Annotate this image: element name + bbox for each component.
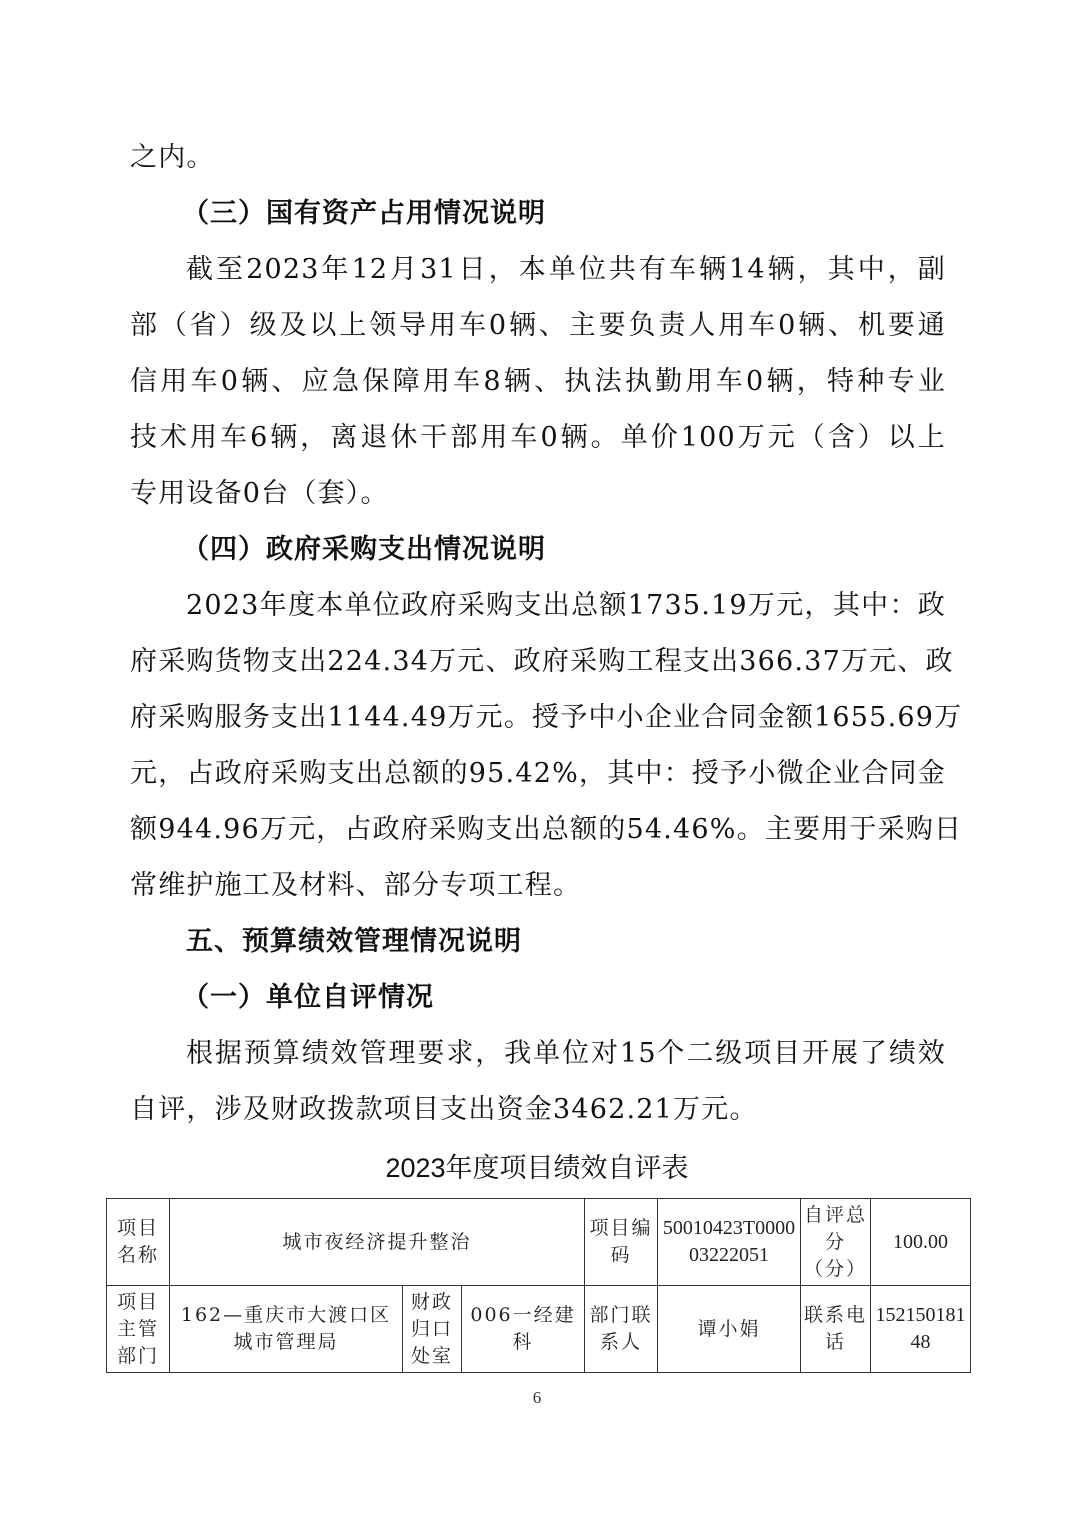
paragraph-line: 元，占政府采购支出总额的95.42%，其中：授予小微企业合同金 [130, 754, 946, 794]
paragraph-line: 府采购服务支出1144.49万元。授予中小企业合同金额1655.69万 [130, 698, 946, 738]
section-heading-procurement: （四）政府采购支出情况说明 [182, 530, 546, 570]
self-score-value: 100.00 [871, 1199, 971, 1286]
page-number: 6 [0, 1388, 1074, 1408]
paragraph-line: 常维护施工及材料、部分专项工程。 [130, 866, 946, 906]
phone-label: 联系电话 [801, 1286, 871, 1373]
contact-person-label: 部门联系人 [585, 1286, 658, 1373]
dept-label: 项目主管部门 [107, 1286, 170, 1373]
table-row: 项目主管部门 162—重庆市大渡口区城市管理局 财政归口处室 006一经建科 部… [107, 1286, 971, 1373]
dept-value: 162—重庆市大渡口区城市管理局 [170, 1286, 403, 1373]
paragraph-line: 根据预算绩效管理要求，我单位对15个二级项目开展了绩效 [186, 1034, 946, 1074]
table-row: 项目名称 城市夜经济提升整治 项目编码 50010423T00000322205… [107, 1199, 971, 1286]
paragraph-line: 部（省）级及以上领导用车0辆、主要负责人用车0辆、机要通 [130, 306, 946, 346]
paragraph-line: 自评，涉及财政拨款项目支出资金3462.21万元。 [130, 1090, 946, 1130]
contact-person-value: 谭小娟 [658, 1286, 801, 1373]
paragraph-line: 府采购货物支出224.34万元、政府采购工程支出366.37万元、政 [130, 642, 946, 682]
part-heading-budget-performance: 五、预算绩效管理情况说明 [186, 922, 522, 962]
project-name-label: 项目名称 [107, 1199, 170, 1286]
section-heading-self-evaluation: （一）单位自评情况 [182, 978, 434, 1018]
paragraph-line: 技术用车6辆，离退休干部用车0辆。单价100万元（含）以上 [130, 418, 946, 458]
paragraph-line: 额944.96万元，占政府采购支出总额的54.46%。主要用于采购日 [130, 810, 946, 850]
table-title: 2023年度项目绩效自评表 [0, 1148, 1074, 1188]
self-score-label: 自评总分（分） [801, 1199, 871, 1286]
paragraph-line: 2023年度本单位政府采购支出总额1735.19万元，其中：政 [186, 586, 946, 626]
paragraph-line: 之内。 [130, 138, 946, 178]
project-name-value: 城市夜经济提升整治 [170, 1199, 585, 1286]
finance-office-label: 财政归口处室 [403, 1286, 462, 1373]
finance-office-value: 006一经建科 [462, 1286, 585, 1373]
paragraph-line: 截至2023年12月31日，本单位共有车辆14辆，其中，副 [186, 250, 946, 290]
document-page: 之内。 （三）国有资产占用情况说明 截至2023年12月31日，本单位共有车辆1… [0, 0, 1074, 1520]
phone-value: 15215018148 [871, 1286, 971, 1373]
paragraph-line: 信用车0辆、应急保障用车8辆、执法执勤用车0辆，特种专业 [130, 362, 946, 402]
paragraph-line: 专用设备0台（套）。 [130, 474, 946, 514]
project-code-label: 项目编码 [585, 1199, 658, 1286]
project-code-value: 50010423T000003222051 [658, 1199, 801, 1286]
section-heading-state-assets: （三）国有资产占用情况说明 [182, 194, 546, 234]
project-evaluation-table: 项目名称 城市夜经济提升整治 项目编码 50010423T00000322205… [106, 1198, 971, 1373]
